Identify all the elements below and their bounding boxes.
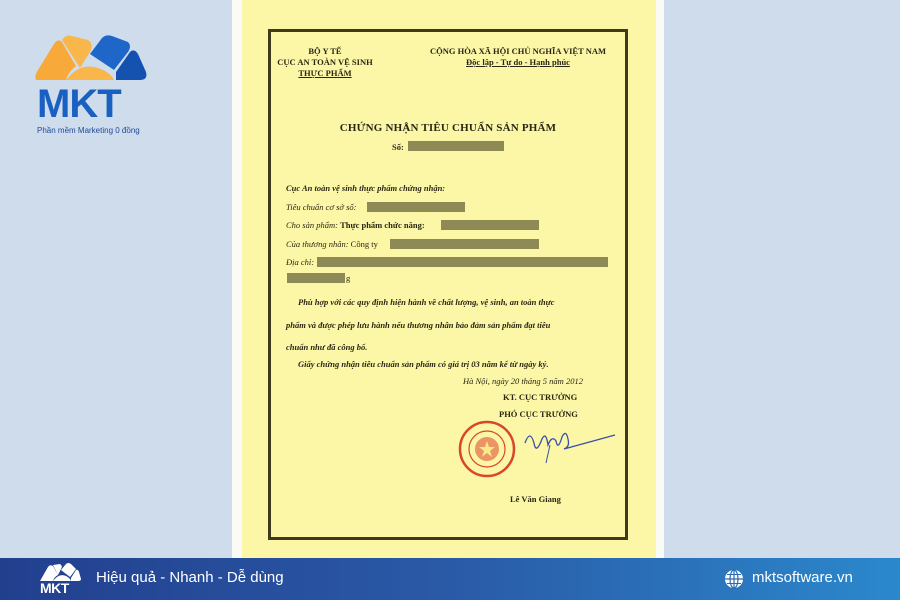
- product-row: Cho sản phẩm: Thực phẩm chức năng:: [286, 220, 425, 230]
- website-link[interactable]: mktsoftware.vn: [752, 569, 853, 586]
- address-tail: g: [346, 273, 350, 283]
- signer-title-1: KT. CỤC TRƯỞNG: [503, 392, 577, 402]
- redacted-product-name: [441, 220, 539, 230]
- official-seal-icon: [457, 419, 517, 479]
- compliance-paragraph-line2: phẩm và được phép lưu hành nếu thương nh…: [286, 320, 612, 330]
- redacted-address-line2: [287, 273, 345, 283]
- signer-title-2: PHÓ CỤC TRƯỞNG: [499, 409, 578, 419]
- merchant-label: Của thương nhân:: [286, 239, 349, 249]
- standard-label: Tiêu chuẩn cơ sở số:: [286, 202, 356, 212]
- issuer-header: BỘ Y TẾ CỤC AN TOÀN VỆ SINH THỰC PHẨM: [270, 46, 380, 79]
- department-name-line1: CỤC AN TOÀN VỆ SINH: [270, 57, 380, 68]
- merchant-row: Của thương nhân: Công ty: [286, 239, 378, 249]
- issue-date: Hà Nội, ngày 20 tháng 5 năm 2012: [463, 376, 583, 386]
- redacted-merchant-name: [390, 239, 539, 249]
- footer-tagline: Hiệu quả - Nhanh - Dễ dùng: [96, 569, 284, 586]
- globe-icon: [724, 569, 744, 589]
- compliance-paragraph-line3: chuẩn như đã công bố.: [286, 342, 612, 352]
- ministry-name: BỘ Y TẾ: [270, 46, 380, 57]
- redacted-address-line1: [317, 257, 608, 267]
- national-header: CỘNG HÒA XÃ HỘI CHỦ NGHĨA VIỆT NAM Độc l…: [418, 46, 618, 68]
- validity-statement: Giấy chứng nhận tiêu chuẩn sản phẩm có g…: [298, 359, 624, 369]
- certificate-number-label: Số:: [392, 142, 404, 152]
- redacted-standard-number: [367, 202, 465, 212]
- product-label: Cho sản phẩm:: [286, 220, 338, 230]
- logo-wordmark: MKT: [37, 84, 121, 124]
- redacted-certificate-number: [408, 141, 504, 151]
- logo-tagline: Phần mềm Marketing 0 đồng: [37, 126, 140, 135]
- department-name-line2: THỰC PHẨM: [270, 68, 380, 79]
- merchant-prefix: Công ty: [351, 239, 378, 249]
- footer-logo-wordmark: MKT: [40, 580, 69, 596]
- certificate-title: CHỨNG NHẬN TIÊU CHUẨN SẢN PHẨM: [268, 122, 628, 134]
- address-label: Địa chỉ:: [286, 257, 314, 267]
- compliance-paragraph-line1: Phù hợp với các quy định hiện hành về ch…: [298, 297, 624, 307]
- mkt-logo: MKT Phần mềm Marketing 0 đồng: [32, 32, 152, 142]
- signer-name: Lê Văn Giang: [510, 494, 561, 504]
- signature-icon: [520, 425, 620, 465]
- product-type: Thực phẩm chức năng:: [340, 220, 425, 230]
- country-name: CỘNG HÒA XÃ HỘI CHỦ NGHĨA VIỆT NAM: [418, 46, 618, 57]
- issuer-statement: Cục An toàn vệ sinh thực phẩm chứng nhận…: [286, 183, 445, 193]
- footer-logo: MKT: [38, 561, 82, 599]
- national-motto: Độc lập - Tự do - Hạnh phúc: [418, 57, 618, 68]
- footer-bar: MKT Hiệu quả - Nhanh - Dễ dùng mktsoftwa…: [0, 558, 900, 600]
- mkt-logo-mark-icon: [32, 32, 152, 88]
